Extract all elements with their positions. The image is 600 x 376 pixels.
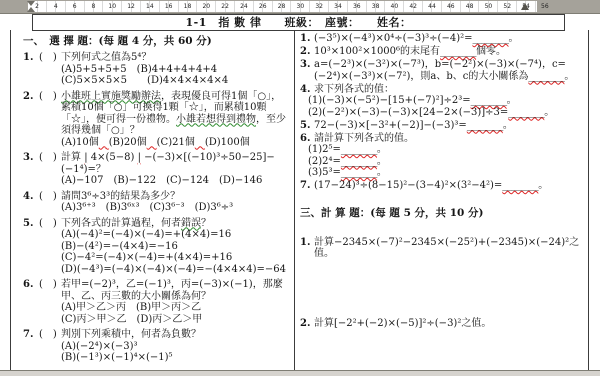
text-segment: 。 <box>377 144 387 155</box>
question-stem-row: 1.( )下列何式之值為5⁴？ <box>23 52 290 64</box>
question-number: 7. <box>300 180 314 192</box>
worksheet-header-box: 1-1 指 數 律 班級： 座號： 姓名： <box>32 14 565 31</box>
question-text: 10³×100²×1000⁶的末尾有________個零。 <box>314 46 584 58</box>
fill-question-row: 6.請計算下列各式的值。 <box>300 133 584 145</box>
sub-question-row: (1)2⁵=________。 <box>300 144 584 156</box>
question-number: 3. <box>23 152 39 175</box>
answer-blank: ________ <box>440 46 476 57</box>
text-segment: (C)−4²=(−4)×(−4)=+(4×4)=+16 <box>61 252 232 263</box>
options-row: (C)丙＞甲＞乙 (D)丙＞乙＞甲 <box>23 314 290 326</box>
options-row: (A)−107 (B)−122 (C)−124 (D)−146 <box>23 175 290 187</box>
text-segment: (1)2⁵= <box>308 144 341 155</box>
question-number: 1. <box>300 237 314 260</box>
calc-question-list: 1.計算−2345×(−7)²−2345×(−25²)+(−2345)×(−24… <box>300 237 584 330</box>
text-segment: (A)甲＞乙＞丙 (B)甲＞丙＞乙 <box>61 302 201 313</box>
text-segment: 。 <box>508 33 518 44</box>
question-text: 請計算下列各式的值。 <box>314 133 584 145</box>
calc-question-row: 2.計算[−2²+(−2)×(−5)]²÷(−3)²之值。 <box>300 318 584 330</box>
ruler-number: 38 <box>371 3 381 10</box>
text-segment: (C)21個 <box>157 137 195 148</box>
question-number: 6. <box>23 279 39 302</box>
text-segment: (17−24)³÷(8−15)²−(3−4)²×(3²−4²)= <box>314 180 502 191</box>
ruler-number: 12 <box>126 3 136 10</box>
document-page[interactable]: 1-1 指 數 律 班級： 座號： 姓名： 一、 選 擇 題：(每 題 4 分，… <box>0 13 600 371</box>
text-segment: (A)10個 <box>61 137 99 148</box>
question-text: (−3⁵)×(−4³)×0⁴÷(−3)³÷(−4)²=________。 <box>314 33 584 45</box>
fill-question-item: 5.72−(−3)×[−3²+(−2)]−(−3)³=________。 <box>300 120 584 132</box>
question-stem: 小雄班上實施獎勵辦法，表現優良可得1個「○」，累積10個「○」可換得1顆「☆」，… <box>61 91 290 137</box>
sub-question-row: (2)2⁴=________。 <box>300 156 584 168</box>
text-segment: (D)100個 <box>205 137 250 148</box>
ruler-number: 30 <box>296 3 306 10</box>
question-number: 1. <box>300 33 314 45</box>
question-number: 2. <box>300 46 314 58</box>
question-number: 4. <box>23 191 39 203</box>
text-segment: (D)(−4³)=(−4)×(−4)×(−4)=−(4×4×4)=−64 <box>61 264 286 275</box>
ruler-number: 18 <box>183 3 193 10</box>
ruler-number: 6 <box>72 3 78 10</box>
text-segment: 個零。 <box>476 46 506 57</box>
text-segment: 10³×100²×1000⁶的末尾有 <box>314 46 440 57</box>
answer-blank: ________ <box>467 120 503 131</box>
ruler-number: 4 <box>53 3 59 10</box>
question-number: 7. <box>23 329 39 341</box>
question-number: 3. <box>300 59 314 82</box>
sub-question-row: (3)5³=________。 <box>300 167 584 179</box>
fill-question-row: 7.(17−24)³÷(8−15)²−(3−4)²×(3²−4²)=______… <box>300 180 584 192</box>
ruler-number: 52 <box>502 3 512 10</box>
options-row: (C)−4²=(−4)×(−4)=+(4×4)=+16 <box>23 252 290 264</box>
choice-question-list: 1.( )下列何式之值為5⁴？(A)5+5+5+5 (B)4+4+4+4+4(C… <box>23 52 290 364</box>
text-segment: (1)(−3)×(−5²)−[15+(−7)²]÷2³= <box>308 95 471 106</box>
ruler-number: 40 <box>390 3 400 10</box>
text-segment: (A)5+5+5+5 (B)4+4+4+4+4 <box>61 64 217 75</box>
question-stem: 若甲=(−2)³，乙=(−1)³，丙=(−3)×(−1)，那麼甲、乙、丙三數的大… <box>61 279 290 302</box>
text-segment <box>99 137 109 148</box>
fill-question-item: 6.請計算下列各式的值。(1)2⁵=________。(2)2⁴=_______… <box>300 133 584 179</box>
options-row: (A)3⁶⁺³ (B)3⁶ˣ³ (C)3⁶⁻³ (D)3⁶÷³ <box>23 202 290 214</box>
options-row: (B)(−1³)×(−1)⁴×(−1)⁵ <box>23 352 290 364</box>
answer-paren: ( ) <box>39 52 61 64</box>
answer-blank: ________ <box>528 71 564 82</box>
app-window: 2468101214161820222426283032343638404244… <box>0 0 600 376</box>
text-segment: 請問3⁶÷3³的結果為多少？ <box>61 191 180 202</box>
text-segment: 。 <box>538 180 548 191</box>
options-row: (A)甲＞乙＞丙 (B)甲＞丙＞乙 <box>23 302 290 314</box>
text-segment: 計算−2345×(−7)²−2345×(−25²)+(−2345)×(−24)²… <box>314 237 579 260</box>
fill-question-item: 7.(17−24)³÷(8−15)²−(3−4)²×(3²−4²)=______… <box>300 180 584 192</box>
section-title-calculation: 三、計 算 題：(每 題 5 分，共 10 分) <box>300 207 584 220</box>
options-row: (A)(−4)²=(−4)×(−4)=+(4×4)=16 <box>23 229 290 241</box>
options-row: (B)−(4²)=−(4×4)=−16 <box>23 241 290 253</box>
text-segment: 。 <box>564 71 574 82</box>
ruler-number: 44 <box>427 3 437 10</box>
answer-blank: ________ <box>502 180 538 191</box>
ruler-number: 24 <box>239 3 249 10</box>
question-item: 3.( )計算 | 4×(5−8) | −(−3)×[(−10)³÷50−25]… <box>23 152 290 187</box>
page-title: 1-1 指 數 律 班級： 座號： 姓名： <box>185 16 411 29</box>
question-number: 6. <box>300 133 314 145</box>
fill-question-row: 2.10³×100²×1000⁶的末尾有________個零。 <box>300 46 584 58</box>
text-segment: 求下列各式的值： <box>314 84 394 95</box>
question-stem: 下列各式的計算過程，何者錯誤？ <box>61 218 290 230</box>
question-number: 4. <box>300 84 314 96</box>
ruler-number: 26 <box>258 3 268 10</box>
answer-blank: ________ <box>472 33 508 44</box>
ruler-number: 50 <box>484 3 494 10</box>
answer-blank: ________ <box>341 144 377 155</box>
question-text: 計算−2345×(−7)²−2345×(−25²)+(−2345)×(−24)²… <box>314 237 584 260</box>
question-item: 4.( )請問3⁶÷3³的結果為多少？(A)3⁶⁺³ (B)3⁶ˣ³ (C)3⁶… <box>23 191 290 214</box>
question-item: 1.( )下列何式之值為5⁴？(A)5+5+5+5 (B)4+4+4+4+4(C… <box>23 52 290 87</box>
text-segment: 。 <box>377 167 387 178</box>
text-segment: (A)3⁶⁺³ (B)3⁶ˣ³ (C)3⁶⁻³ (D)3⁶÷³ <box>61 202 233 213</box>
fill-question-row: 1.(−3⁵)×(−4³)×0⁴÷(−3)³÷(−4)²=________。 <box>300 33 584 45</box>
question-text: 72−(−3)×[−3²+(−2)]−(−3)³=________。 <box>314 120 584 132</box>
options-row: (D)(−4³)=(−4)×(−4)×(−4)=−(4×4×4)=−64 <box>23 264 290 276</box>
text-segment: (A)(−2⁴)×(−3)³ <box>61 341 138 352</box>
question-number: 5. <box>23 218 39 230</box>
text-segment <box>147 137 157 148</box>
text-segment: (A)(−4)²=(−4)×(−4)=+(4×4)=16 <box>61 229 231 240</box>
text-segment: 小雄若想得到禮物 <box>176 114 256 125</box>
ruler-number: 16 <box>164 3 174 10</box>
worksheet-body: 一、 選 擇 題：(每 題 4 分，共 60 分) 1.( )下列何式之值為5⁴… <box>10 30 589 371</box>
ruler-number: 14 <box>145 3 155 10</box>
text-segment: 72−(−3)×[−3²+(−2)]−(−3)³= <box>314 120 467 131</box>
answer-paren: ( ) <box>39 218 61 230</box>
question-number: 5. <box>300 120 314 132</box>
text-segment: (B)−(4²)=−(4×4)=−16 <box>61 241 178 252</box>
question-stem-row: 6.( )若甲=(−2)³，乙=(−1)³，丙=(−3)×(−1)，那麼甲、乙、… <box>23 279 290 302</box>
text-segment: (B)20個 <box>109 137 147 148</box>
text-segment: (−3⁵)×(−4³)×0⁴÷(−3)³÷(−4)²= <box>314 33 472 44</box>
text-segment: (C)5×5×5×5 (D)4×4×4×4×4 <box>61 75 228 86</box>
sub-question-row: (1)(−3)×(−5²)−[15+(−7)²]÷2³=________。 <box>300 95 584 107</box>
text-segment: (2)(−2²)×(−3)−(−3)×[24−2×(−3)]÷3= <box>308 107 508 118</box>
fill-question-item: 4.求下列各式的值：(1)(−3)×(−5²)−[15+(−7)²]÷2³=__… <box>300 84 584 119</box>
question-stem-row: 3.( )計算 | 4×(5−8) | −(−3)×[(−10)³÷50−25]… <box>23 152 290 175</box>
question-stem-row: 7.( )判別下列乘積中，何者為負數？ <box>23 329 290 341</box>
text-segment: 。 <box>544 107 554 118</box>
bottom-scroll-strip[interactable] <box>0 370 600 376</box>
text-segment: 小雄班上實施獎勵辦法 <box>61 91 161 102</box>
calc-question-row: 1.計算−2345×(−7)²−2345×(−25²)+(−2345)×(−24… <box>300 237 584 260</box>
ruler-number: 36 <box>352 3 362 10</box>
fill-question-row: 3.a=(−2³)×(−3²)×(−7³)，b=(−2²)×(−3)×(−7⁴)… <box>300 59 584 82</box>
answer-blank: ________ <box>341 167 377 178</box>
text-segment: 計算[−2²+(−2)×(−5)]²÷(−3)²之值。 <box>314 318 491 329</box>
ruler-number: 42 <box>408 3 418 10</box>
sub-question-row: (2)(−2²)×(−3)−(−3)×[24−2×(−3)]÷3=_______… <box>300 107 584 119</box>
answer-blank: ________ <box>341 156 377 167</box>
left-column: 一、 選 擇 題：(每 題 4 分，共 60 分) 1.( )下列何式之值為5⁴… <box>11 30 295 370</box>
options-row: (A)5+5+5+5 (B)4+4+4+4+4 <box>23 64 290 76</box>
fill-question-row: 5.72−(−3)×[−3²+(−2)]−(−3)³=________。 <box>300 120 584 132</box>
question-number: 1. <box>23 52 39 64</box>
options-row: (A)10個 (B)20個 (C)21個 (D)100個 <box>23 137 290 149</box>
ruler-number: 48 <box>465 3 475 10</box>
question-text: (17−24)³÷(8−15)²−(3−4)²×(3²−4²)=________… <box>314 180 584 192</box>
fill-question-item: 1.(−3⁵)×(−4³)×0⁴÷(−3)³÷(−4)²=________。 <box>300 33 584 45</box>
question-stem-row: 5.( )下列各式的計算過程，何者錯誤？ <box>23 218 290 230</box>
answer-blank: ________ <box>508 107 544 118</box>
ruler-number: 20 <box>201 3 211 10</box>
text-segment: (B)(−1³)×(−1)⁴×(−1)⁵ <box>61 352 173 363</box>
question-stem: 計算 | 4×(5−8) | −(−3)×[(−10)³÷50−25]−(−1⁴… <box>61 152 290 175</box>
question-stem-row: 4.( )請問3⁶÷3³的結果為多少？ <box>23 191 290 203</box>
horizontal-ruler[interactable]: 2468101214161820222426283032343638404244… <box>0 0 600 14</box>
fill-question-item: 3.a=(−2³)×(−3²)×(−7³)，b=(−2²)×(−3)×(−7⁴)… <box>300 59 584 82</box>
question-number: 2. <box>300 318 314 330</box>
question-item: 2.( )小雄班上實施獎勵辦法，表現優良可得1個「○」，累積10個「○」可換得1… <box>23 91 290 149</box>
question-item: 7.( )判別下列乘積中，何者為負數？(A)(−2⁴)×(−3)³(B)(−1³… <box>23 329 290 364</box>
right-indent-marker[interactable] <box>521 3 529 10</box>
question-stem-row: 2.( )小雄班上實施獎勵辦法，表現優良可得1個「○」，累積10個「○」可換得1… <box>23 91 290 137</box>
question-item: 6.( )若甲=(−2)³，乙=(−1)³，丙=(−3)×(−1)，那麼甲、乙、… <box>23 279 290 325</box>
text-segment: 。 <box>503 120 513 131</box>
ruler-number: 56 <box>540 3 550 10</box>
text-segment: 下列各式的計算過程，何者 <box>61 218 181 229</box>
text-segment <box>195 137 205 148</box>
question-text: a=(−2³)×(−3²)×(−7³)，b=(−2²)×(−3)×(−7⁴)，c… <box>314 59 584 82</box>
text-segment: 錯誤 <box>181 218 201 229</box>
text-segment: (3)5³= <box>308 167 341 178</box>
answer-paren: ( ) <box>39 279 61 302</box>
ruler-number: 34 <box>333 3 343 10</box>
answer-paren: ( ) <box>39 191 61 203</box>
ruler-number: 22 <box>220 3 230 10</box>
text-segment: (A)−107 (B)−122 (C)−124 (D)−146 <box>61 175 262 186</box>
question-number: 2. <box>23 91 39 137</box>
text-segment: 請計算下列各式的值。 <box>314 133 414 144</box>
answer-paren: ( ) <box>39 152 61 175</box>
fill-question-row: 4.求下列各式的值： <box>300 84 584 96</box>
text-segment: (2)2⁴= <box>308 156 341 167</box>
answer-blank: ________ <box>471 95 507 106</box>
fill-question-list: 1.(−3⁵)×(−4³)×0⁴÷(−3)³÷(−4)²=________。2.… <box>300 33 584 192</box>
right-column: 1.(−3⁵)×(−4³)×0⁴÷(−3)³÷(−4)²=________。2.… <box>295 30 588 370</box>
ruler-number: 8 <box>91 3 97 10</box>
question-stem: 下列何式之值為5⁴？ <box>61 52 290 64</box>
fill-question-item: 2.10³×100²×1000⁶的末尾有________個零。 <box>300 46 584 58</box>
question-text: 求下列各式的值： <box>314 84 584 96</box>
question-item: 5.( )下列各式的計算過程，何者錯誤？(A)(−4)²=(−4)×(−4)=+… <box>23 218 290 276</box>
answer-paren: ( ) <box>39 329 61 341</box>
answer-paren: ( ) <box>39 91 61 137</box>
text-segment: ？ <box>201 218 211 229</box>
options-row: (C)5×5×5×5 (D)4×4×4×4×4 <box>23 75 290 87</box>
question-stem: 判別下列乘積中，何者為負數？ <box>61 329 290 341</box>
ruler-number: 46 <box>446 3 456 10</box>
question-text: 計算[−2²+(−2)×(−5)]²÷(−3)²之值。 <box>314 318 584 330</box>
left-indent-marker[interactable] <box>27 1 36 12</box>
text-segment: 4×(5−8) <box>88 152 138 163</box>
text-segment: (C)丙＞甲＞乙 (D)丙＞乙＞甲 <box>61 314 202 325</box>
section-title-choice: 一、 選 擇 題：(每 題 4 分，共 60 分) <box>23 35 290 48</box>
options-row: (A)(−2⁴)×(−3)³ <box>23 341 290 353</box>
ruler-number: 28 <box>277 3 287 10</box>
text-segment: 。 <box>377 156 387 167</box>
question-stem: 請問3⁶÷3³的結果為多少？ <box>61 191 290 203</box>
text-segment: 。 <box>507 95 517 106</box>
text-segment: 判別下列乘積中，何者為負數？ <box>61 329 201 340</box>
ruler-number: 32 <box>314 3 324 10</box>
ruler-number: 10 <box>107 3 117 10</box>
text-segment: 計算 <box>61 152 84 163</box>
text-segment: 下列何式之值為5⁴？ <box>61 52 151 63</box>
text-segment: 若甲=(−2)³，乙=(−1)³，丙=(−3)×(−1)，那麼甲、乙、丙三數的大… <box>61 279 283 302</box>
